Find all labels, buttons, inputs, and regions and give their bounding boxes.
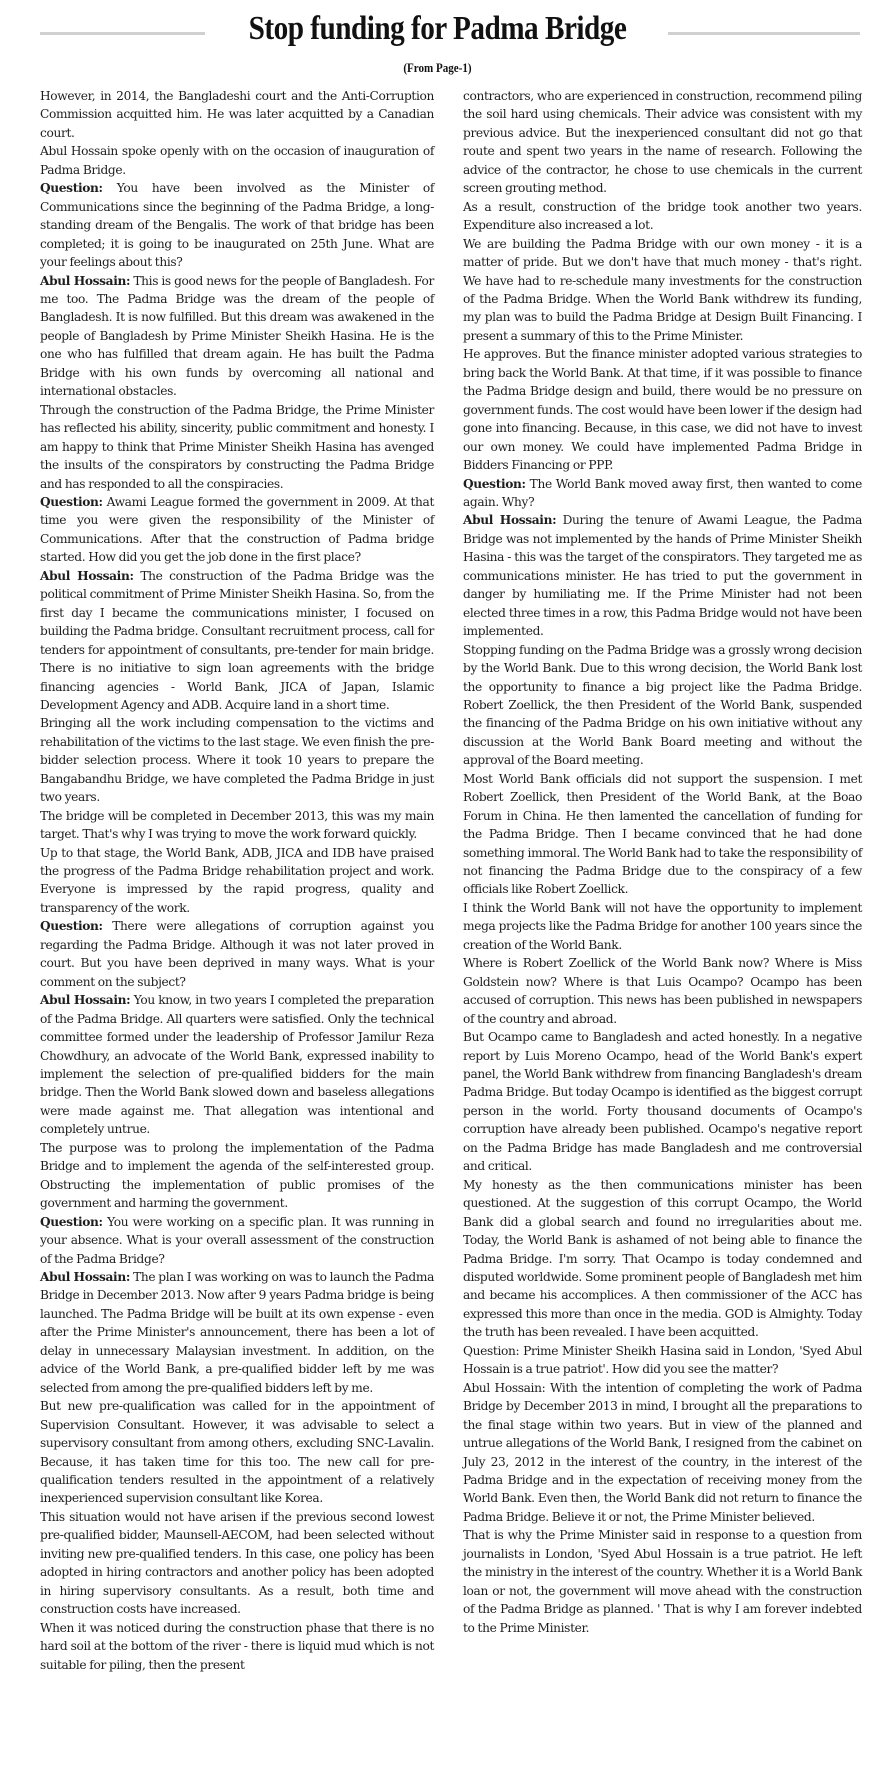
- paragraph-text: This situation would not have arisen if …: [40, 1510, 434, 1616]
- paragraph-text: The bridge will be completed in December…: [40, 809, 434, 841]
- article-paragraph: Up to that stage, the World Bank, ADB, J…: [40, 844, 434, 918]
- article-paragraph: My honesty as the then communications mi…: [463, 1176, 862, 1342]
- speaker-label: Abul Hossain:: [463, 513, 556, 527]
- paragraph-text: As a result, construction of the bridge …: [463, 200, 862, 232]
- article-paragraph: Question: The World Bank moved away firs…: [463, 475, 862, 512]
- speaker-label: Abul Hossain:: [40, 1270, 130, 1284]
- article-paragraph: But new pre-qualification was called for…: [40, 1397, 434, 1508]
- article-paragraph: Abul Hossain: The construction of the Pa…: [40, 567, 434, 715]
- article-paragraph: Abul Hossain: The plan I was working on …: [40, 1268, 434, 1397]
- article-paragraph: However, in 2014, the Bangladeshi court …: [40, 87, 434, 142]
- speaker-label: Abul Hossain:: [40, 993, 130, 1007]
- paragraph-text: During the tenure of Awami League, the P…: [463, 513, 862, 638]
- article-paragraph: He approves. But the finance minister ad…: [463, 345, 862, 474]
- paragraph-text: You know, in two years I completed the p…: [40, 993, 434, 1136]
- paragraph-text: When it was noticed during the construct…: [40, 1621, 434, 1672]
- speaker-label: Question:: [463, 477, 526, 491]
- speaker-label: Question:: [40, 181, 103, 195]
- paragraph-text: This is good news for the people of Bang…: [40, 274, 434, 399]
- paragraph-text: That is why the Prime Minister said in r…: [463, 1528, 862, 1634]
- article-paragraph: Most World Bank officials did not suppor…: [463, 770, 862, 899]
- article-paragraph: Through the construction of the Padma Br…: [40, 401, 434, 493]
- paragraph-text: But new pre-qualification was called for…: [40, 1399, 434, 1505]
- paragraph-text: However, in 2014, the Bangladeshi court …: [40, 89, 434, 140]
- article-column-right: contractors, who are experienced in cons…: [463, 87, 862, 1637]
- article-paragraph: We are building the Padma Bridge with ou…: [463, 235, 862, 346]
- article-paragraph: The bridge will be completed in December…: [40, 807, 434, 844]
- paragraph-text: Bringing all the work including compensa…: [40, 716, 434, 804]
- article-paragraph: Stopping funding on the Padma Bridge was…: [463, 641, 862, 770]
- article-paragraph: Abul Hossain: During the tenure of Awami…: [463, 511, 862, 640]
- paragraph-text: But Ocampo came to Bangladesh and acted …: [463, 1030, 862, 1173]
- speaker-label: Question:: [40, 919, 103, 933]
- article-paragraph: As a result, construction of the bridge …: [463, 198, 862, 235]
- article-paragraph: Abul Hossain spoke openly with on the oc…: [40, 142, 434, 179]
- article-paragraph: This situation would not have arisen if …: [40, 1508, 434, 1619]
- article-paragraph: Question: You were working on a specific…: [40, 1213, 434, 1268]
- article-paragraph: Abul Hossain: This is good news for the …: [40, 272, 434, 401]
- article-paragraph: Bringing all the work including compensa…: [40, 714, 434, 806]
- speaker-label: Question:: [40, 495, 103, 509]
- paragraph-text: Up to that stage, the World Bank, ADB, J…: [40, 846, 434, 915]
- article-paragraph: That is why the Prime Minister said in r…: [463, 1526, 862, 1637]
- paragraph-text: My honesty as the then communications mi…: [463, 1178, 862, 1340]
- speaker-label: Abul Hossain:: [40, 569, 134, 583]
- article-paragraph: Question: There were allegations of corr…: [40, 917, 434, 991]
- paragraph-text: Abul Hossain: With the intention of comp…: [463, 1381, 862, 1524]
- article-paragraph: Abul Hossain: You know, in two years I c…: [40, 991, 434, 1139]
- speaker-label: Abul Hossain:: [40, 274, 130, 288]
- article-column-left: However, in 2014, the Bangladeshi court …: [40, 87, 434, 1674]
- paragraph-text: Abul Hossain spoke openly with on the oc…: [40, 144, 434, 176]
- article-header: Stop funding for Padma Bridge (From Page…: [0, 0, 875, 86]
- paragraph-text: The purpose was to prolong the implement…: [40, 1141, 434, 1210]
- article-paragraph: Where is Robert Zoellick of the World Ba…: [463, 954, 862, 1028]
- paragraph-text: contractors, who are experienced in cons…: [463, 89, 862, 195]
- article-paragraph: Abul Hossain: With the intention of comp…: [463, 1379, 862, 1527]
- article-paragraph: contractors, who are experienced in cons…: [463, 87, 862, 198]
- paragraph-text: Where is Robert Zoellick of the World Ba…: [463, 956, 862, 1025]
- speaker-label: Question:: [40, 1215, 103, 1229]
- article-paragraph: Question: Prime Minister Sheikh Hasina s…: [463, 1342, 862, 1379]
- paragraph-text: The plan I was working on was to launch …: [40, 1270, 434, 1395]
- article-paragraph: Question: You have been involved as the …: [40, 179, 434, 271]
- article-title: Stop funding for Padma Bridge: [61, 10, 814, 48]
- article-paragraph: The purpose was to prolong the implement…: [40, 1139, 434, 1213]
- paragraph-text: Question: Prime Minister Sheikh Hasina s…: [463, 1344, 862, 1376]
- paragraph-text: The construction of the Padma Bridge was…: [40, 569, 434, 712]
- article-paragraph: When it was noticed during the construct…: [40, 1619, 434, 1674]
- continuation-note: (From Page-1): [66, 60, 810, 76]
- article-paragraph: But Ocampo came to Bangladesh and acted …: [463, 1028, 862, 1176]
- paragraph-text: He approves. But the finance minister ad…: [463, 347, 862, 472]
- article-paragraph: I think the World Bank will not have the…: [463, 899, 862, 954]
- paragraph-text: We are building the Padma Bridge with ou…: [463, 237, 862, 343]
- article-paragraph: Question: Awami League formed the govern…: [40, 493, 434, 567]
- paragraph-text: Most World Bank officials did not suppor…: [463, 772, 862, 897]
- paragraph-text: Through the construction of the Padma Br…: [40, 403, 434, 491]
- paragraph-text: I think the World Bank will not have the…: [463, 901, 862, 952]
- paragraph-text: Stopping funding on the Padma Bridge was…: [463, 643, 862, 768]
